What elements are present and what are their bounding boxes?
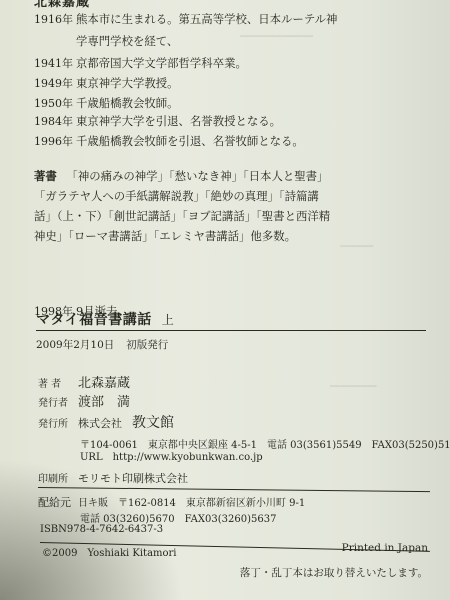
distributor-contact: 電話 03(3260)5670FAX03(3260)5637 xyxy=(80,510,276,525)
show-through-text: ━━━━━ xyxy=(340,240,373,253)
distributor-line: 配給元日キ販〒162-0814東京都新宿区新小川町 9-1 xyxy=(38,494,305,510)
publisher-line: 発行所株式会社教文館 xyxy=(38,412,174,432)
bio-entry: 学専門学校を経て、 xyxy=(34,33,178,49)
bio-entry: 1984年東京神学大学を引退、名誉教授となる。 xyxy=(34,113,281,129)
copyright: ©2009Yoshiaki Kitamori xyxy=(42,548,177,559)
bio-entry: 1949年東京神学大学教授。 xyxy=(34,75,179,91)
volume-label: 上 xyxy=(162,313,175,327)
bio-entry: 1950年千歳船橋教会牧師。 xyxy=(34,95,179,111)
title-divider xyxy=(36,330,426,331)
show-through-text: ━━━━━━━ xyxy=(330,380,376,393)
works-text: 「神の痛みの神学」「愁いなき神」「日本人と聖書」「ガラテヤ人への手紙講解説教」「… xyxy=(34,169,330,243)
printed-in-japan: Printed in Japan xyxy=(342,542,428,554)
publisher-address: 〒104-0061東京都中央区銀座 4-5-1電話 03(3561)5549FA… xyxy=(80,436,450,451)
replacement-notice: 落丁・乱丁本はお取り替えいたします。 xyxy=(240,565,428,580)
printer-divider xyxy=(38,487,430,492)
author-line: 著 者北森嘉蔵 xyxy=(38,372,130,391)
author-heading: 北森嘉蔵 xyxy=(34,0,90,10)
url-text: http://www.kyobunkwan.co.jp xyxy=(113,452,263,463)
bio-entry: 1916年熊本市に生まれる。第五高等学校、日本ルーテル神 xyxy=(34,11,337,27)
bio-entry: 1941年京都帝国大学文学部哲学科卒業。 xyxy=(34,55,247,71)
works-label: 著書 xyxy=(34,169,57,183)
show-through-text: ━━━━━━━━━━━ xyxy=(240,30,313,43)
works-list: 1998年9月逝去。 著書 「神の痛みの神学」「愁いなき神」「日本人と聖書」「ガ… xyxy=(34,147,334,246)
printer-line: 印刷所モリモト印刷株式会社 xyxy=(38,470,188,486)
publication-date: 2009年2月10日初版発行 xyxy=(36,337,168,352)
book-title: マタイ福音書講話上 xyxy=(36,309,174,329)
publisher-url: URLhttp://www.kyobunkwan.co.jp xyxy=(80,452,263,463)
book-colophon-page: ━━━━━━━━━━━ ━━━━━ ━━━━━━━ 北森嘉蔵 1916年熊本市に… xyxy=(0,0,450,600)
isbn: ISBN978-4-7642-6437-3 xyxy=(40,524,163,535)
publisher-person-line: 発行者渡部 満 xyxy=(38,391,130,410)
